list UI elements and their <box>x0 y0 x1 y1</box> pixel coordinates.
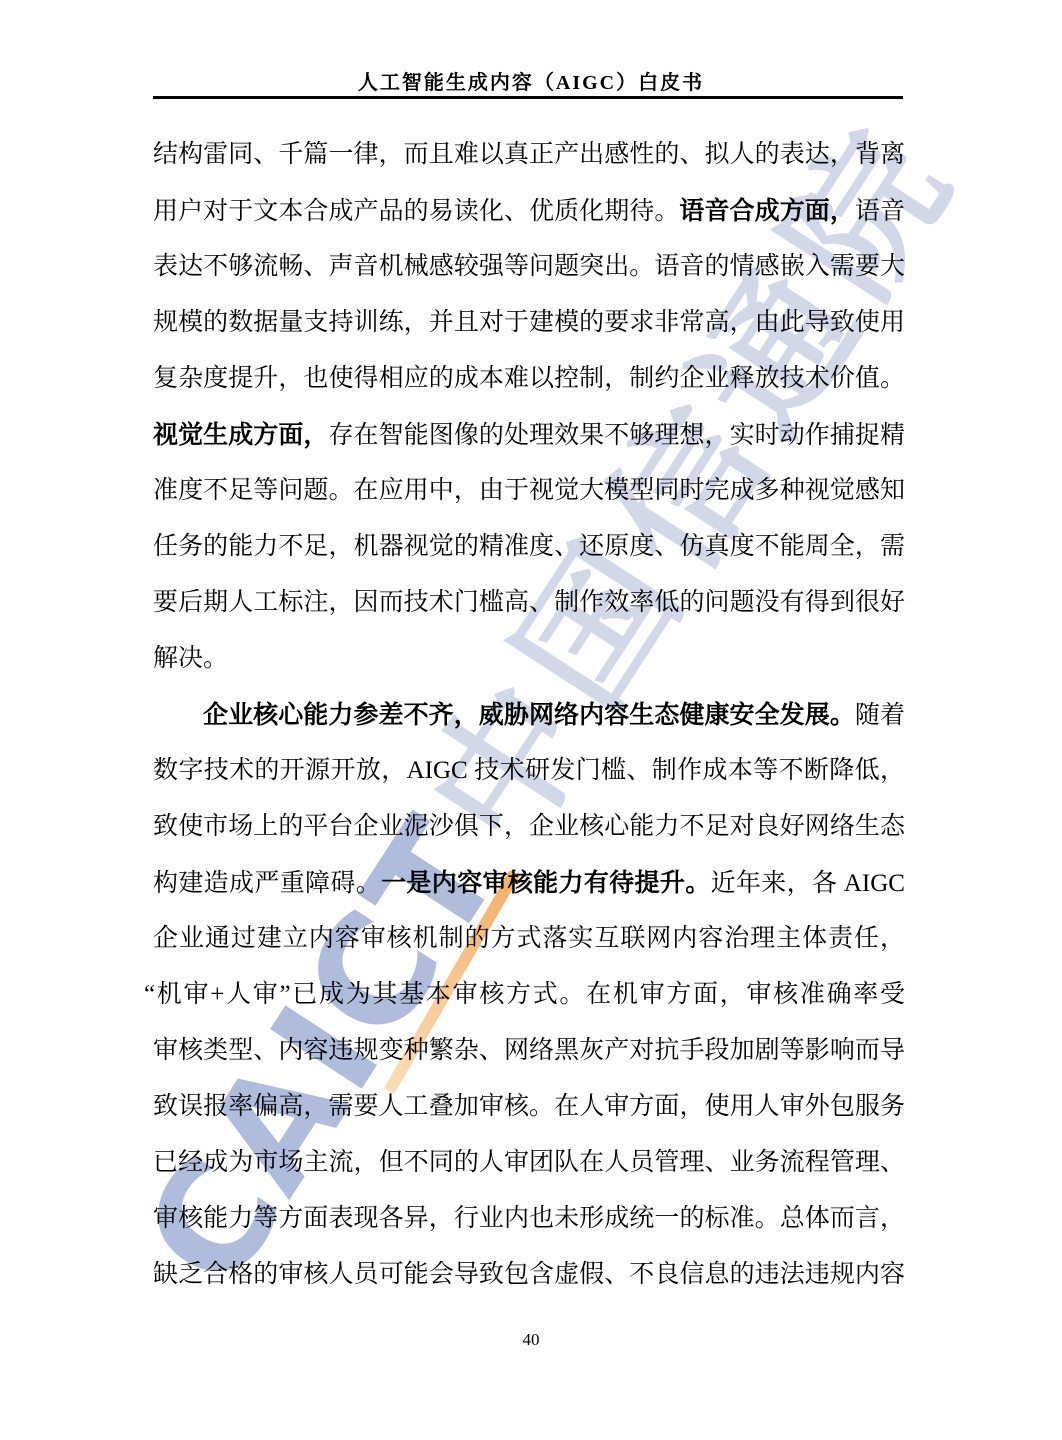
bold-text-segment: 企业核心能力参差不齐，威胁网络内容生态健康安全发展。 <box>203 701 855 729</box>
text-segment: 复杂度提升，也使得相应的成本难以控制，制约企业释放技术价值。 <box>153 365 905 392</box>
header-title: 人工智能生成内容（AIGC）白皮书 <box>358 72 704 94</box>
text-segment: 构建造成严重障碍。 <box>153 870 381 897</box>
text-segment: 准度不足等问题。在应用中，由于视觉大模型同时完成多种视觉感知 <box>153 477 905 504</box>
text-line: 规模的数据量支持训练，并且对于建模的要求非常高，由此导致使用 <box>153 295 905 351</box>
text-segment: 用户对于文本合成产品的易读化、优质化期待。 <box>153 198 679 225</box>
text-line: 视觉生成方面，存在智能图像的处理效果不够理想，实时动作捕捉精 <box>153 407 905 463</box>
text-line: 表达不够流畅、声音机械感较强等问题突出。语音的情感嵌入需要大 <box>153 239 905 295</box>
bold-text-segment: 语音合成方面， <box>679 197 854 225</box>
page-footer: 40 <box>0 1330 1062 1350</box>
text-segment: 缺乏合格的审核人员可能会导致包含虚假、不良信息的违法违规内容 <box>153 1261 905 1288</box>
text-line: 缺乏合格的审核人员可能会导致包含虚假、不良信息的违法违规内容 <box>153 1247 905 1303</box>
text-line: 准度不足等问题。在应用中，由于视觉大模型同时完成多种视觉感知 <box>153 463 905 519</box>
text-segment: 存在智能图像的处理效果不够理想，实时动作捕捉精 <box>328 422 905 449</box>
text-line: 审核类型、内容违规变种繁杂、网络黑灰产对抗手段加剧等影响而导 <box>153 1023 905 1079</box>
text-line: 致误报率偏高，需要人工叠加审核。在人审方面，使用人审外包服务 <box>153 1079 905 1135</box>
text-segment: 任务的能力不足，机器视觉的精准度、还原度、仿真度不能周全，需 <box>153 533 905 560</box>
text-segment: 语音 <box>855 198 905 225</box>
text-segment: 致误报率偏高，需要人工叠加审核。在人审方面，使用人审外包服务 <box>153 1093 905 1120</box>
text-line: 结构雷同、千篇一律，而且难以真正产出感性的、拟人的表达，背离 <box>153 127 905 183</box>
text-segment: “机审+人审”已成为其基本审核方式。在机审方面，审核准确率受 <box>144 981 905 1008</box>
text-segment: 要后期人工标注，因而技术门槛高、制作效率低的问题没有得到很好 <box>153 589 905 616</box>
text-line: 企业核心能力参差不齐，威胁网络内容生态健康安全发展。随着 <box>153 687 905 743</box>
bold-text-segment: 视觉生成方面， <box>153 421 328 449</box>
text-line: 用户对于文本合成产品的易读化、优质化期待。语音合成方面，语音 <box>153 183 905 239</box>
text-line: 已经成为市场主流，但不同的人审团队在人员管理、业务流程管理、 <box>153 1135 905 1191</box>
text-segment: 审核类型、内容违规变种繁杂、网络黑灰产对抗手段加剧等影响而导 <box>153 1037 905 1064</box>
document-page: CAICT中国信通院 人工智能生成内容（AIGC）白皮书 结构雷同、千篇一律，而… <box>0 0 1062 1440</box>
text-line: 复杂度提升，也使得相应的成本难以控制，制约企业释放技术价值。 <box>153 351 905 407</box>
text-segment: 随着 <box>855 702 905 729</box>
text-line: 构建造成严重障碍。一是内容审核能力有待提升。近年来，各 AIGC <box>153 855 905 911</box>
text-segment: 数字技术的开源开放，AIGC 技术研发门槛、制作成本等不断降低， <box>153 757 905 784</box>
header-rule <box>153 96 903 99</box>
text-segment: 规模的数据量支持训练，并且对于建模的要求非常高，由此导致使用 <box>153 309 905 336</box>
text-line: 要后期人工标注，因而技术门槛高、制作效率低的问题没有得到很好 <box>153 575 905 631</box>
text-line: 数字技术的开源开放，AIGC 技术研发门槛、制作成本等不断降低， <box>153 743 905 799</box>
text-segment: 近年来，各 AIGC <box>711 870 905 897</box>
text-line: 任务的能力不足，机器视觉的精准度、还原度、仿真度不能周全，需 <box>153 519 905 575</box>
text-segment: 已经成为市场主流，但不同的人审团队在人员管理、业务流程管理、 <box>153 1149 905 1176</box>
text-line: “机审+人审”已成为其基本审核方式。在机审方面，审核准确率受 <box>144 967 905 1023</box>
text-line: 解决。 <box>153 631 905 687</box>
page-number: 40 <box>523 1330 540 1349</box>
text-line: 致使市场上的平台企业泥沙俱下，企业核心能力不足对良好网络生态 <box>153 799 905 855</box>
text-segment: 致使市场上的平台企业泥沙俱下，企业核心能力不足对良好网络生态 <box>153 813 905 840</box>
page-header: 人工智能生成内容（AIGC）白皮书 <box>0 66 1062 95</box>
text-segment: 解决。 <box>153 645 228 672</box>
text-segment: 审核能力等方面表现各异，行业内也未形成统一的标准。总体而言， <box>153 1205 905 1232</box>
text-segment: 表达不够流畅、声音机械感较强等问题突出。语音的情感嵌入需要大 <box>153 253 905 280</box>
text-line: 企业通过建立内容审核机制的方式落实互联网内容治理主体责任， <box>153 911 905 967</box>
text-line: 审核能力等方面表现各异，行业内也未形成统一的标准。总体而言， <box>153 1191 905 1247</box>
text-segment: 企业通过建立内容审核机制的方式落实互联网内容治理主体责任， <box>153 925 905 952</box>
text-segment: 结构雷同、千篇一律，而且难以真正产出感性的、拟人的表达，背离 <box>153 141 905 168</box>
bold-text-segment: 一是内容审核能力有待提升。 <box>381 869 710 897</box>
body-text: 结构雷同、千篇一律，而且难以真正产出感性的、拟人的表达，背离用户对于文本合成产品… <box>153 127 905 1303</box>
